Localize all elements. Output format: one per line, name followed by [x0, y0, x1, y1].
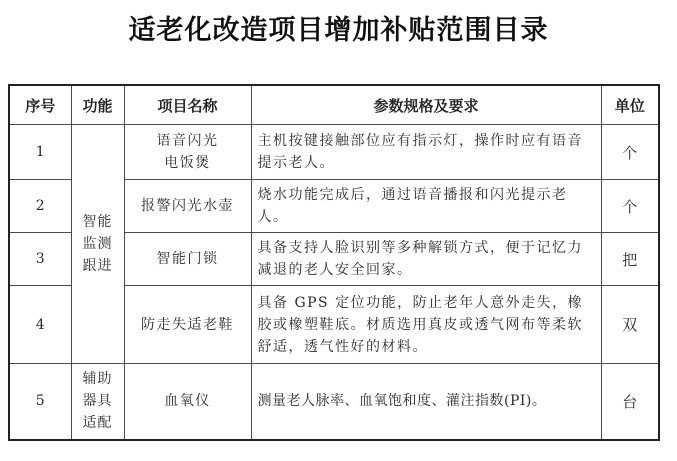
item-name: 血氧仪	[124, 364, 251, 440]
item-unit: 个	[601, 125, 659, 180]
function-cell: 辅助器具适配	[71, 364, 124, 440]
item-name-text: 语音闪光电饭煲	[154, 130, 222, 174]
table-row: 1 智能监测跟进 语音闪光电饭煲 主机按键接触部位应有指示灯，操作时应有语音提示…	[9, 125, 659, 180]
item-name: 智能门锁	[124, 233, 251, 286]
row-index: 2	[9, 180, 71, 233]
item-name: 防走失适老鞋	[124, 286, 251, 364]
item-unit: 台	[601, 364, 659, 440]
table-row: 5 辅助器具适配 血氧仪 测量老人脉率、血氧饱和度、灌注指数(PI)。 台	[9, 364, 659, 440]
item-requirement: 具备支持人脸识别等多种解锁方式，便于记忆力减退的老人安全回家。	[251, 233, 601, 286]
item-requirement: 主机按键接触部位应有指示灯，操作时应有语音提示老人。	[251, 125, 601, 180]
item-name: 报警闪光水壶	[124, 180, 251, 233]
function-label: 辅助器具适配	[81, 368, 115, 434]
item-unit: 个	[601, 180, 659, 233]
item-requirement: 具备 GPS 定位功能，防止老年人意外走失，橡胶或橡塑鞋底。材质选用真皮或透气网…	[251, 286, 601, 364]
row-index: 3	[9, 233, 71, 286]
header-item-name: 项目名称	[124, 85, 251, 125]
header-function: 功能	[71, 85, 124, 125]
document-title: 适老化改造项目增加补贴范围目录	[0, 8, 677, 47]
row-index: 4	[9, 286, 71, 364]
header-index: 序号	[9, 85, 71, 125]
subsidy-catalog-table: 序号 功能 项目名称 参数规格及要求 单位 1 智能监测跟进 语音闪光电饭煲 主…	[8, 84, 660, 441]
table-header-row: 序号 功能 项目名称 参数规格及要求 单位	[9, 85, 659, 125]
item-name: 语音闪光电饭煲	[124, 125, 251, 180]
function-label: 智能监测跟进	[81, 211, 115, 277]
item-unit: 双	[601, 286, 659, 364]
item-unit: 把	[601, 233, 659, 286]
row-index: 1	[9, 125, 71, 180]
header-requirements: 参数规格及要求	[251, 85, 601, 125]
row-index: 5	[9, 364, 71, 440]
item-requirement: 烧水功能完成后，通过语音播报和闪光提示老人。	[251, 180, 601, 233]
header-unit: 单位	[601, 85, 659, 125]
item-requirement: 测量老人脉率、血氧饱和度、灌注指数(PI)。	[251, 364, 601, 440]
function-cell: 智能监测跟进	[71, 125, 124, 364]
